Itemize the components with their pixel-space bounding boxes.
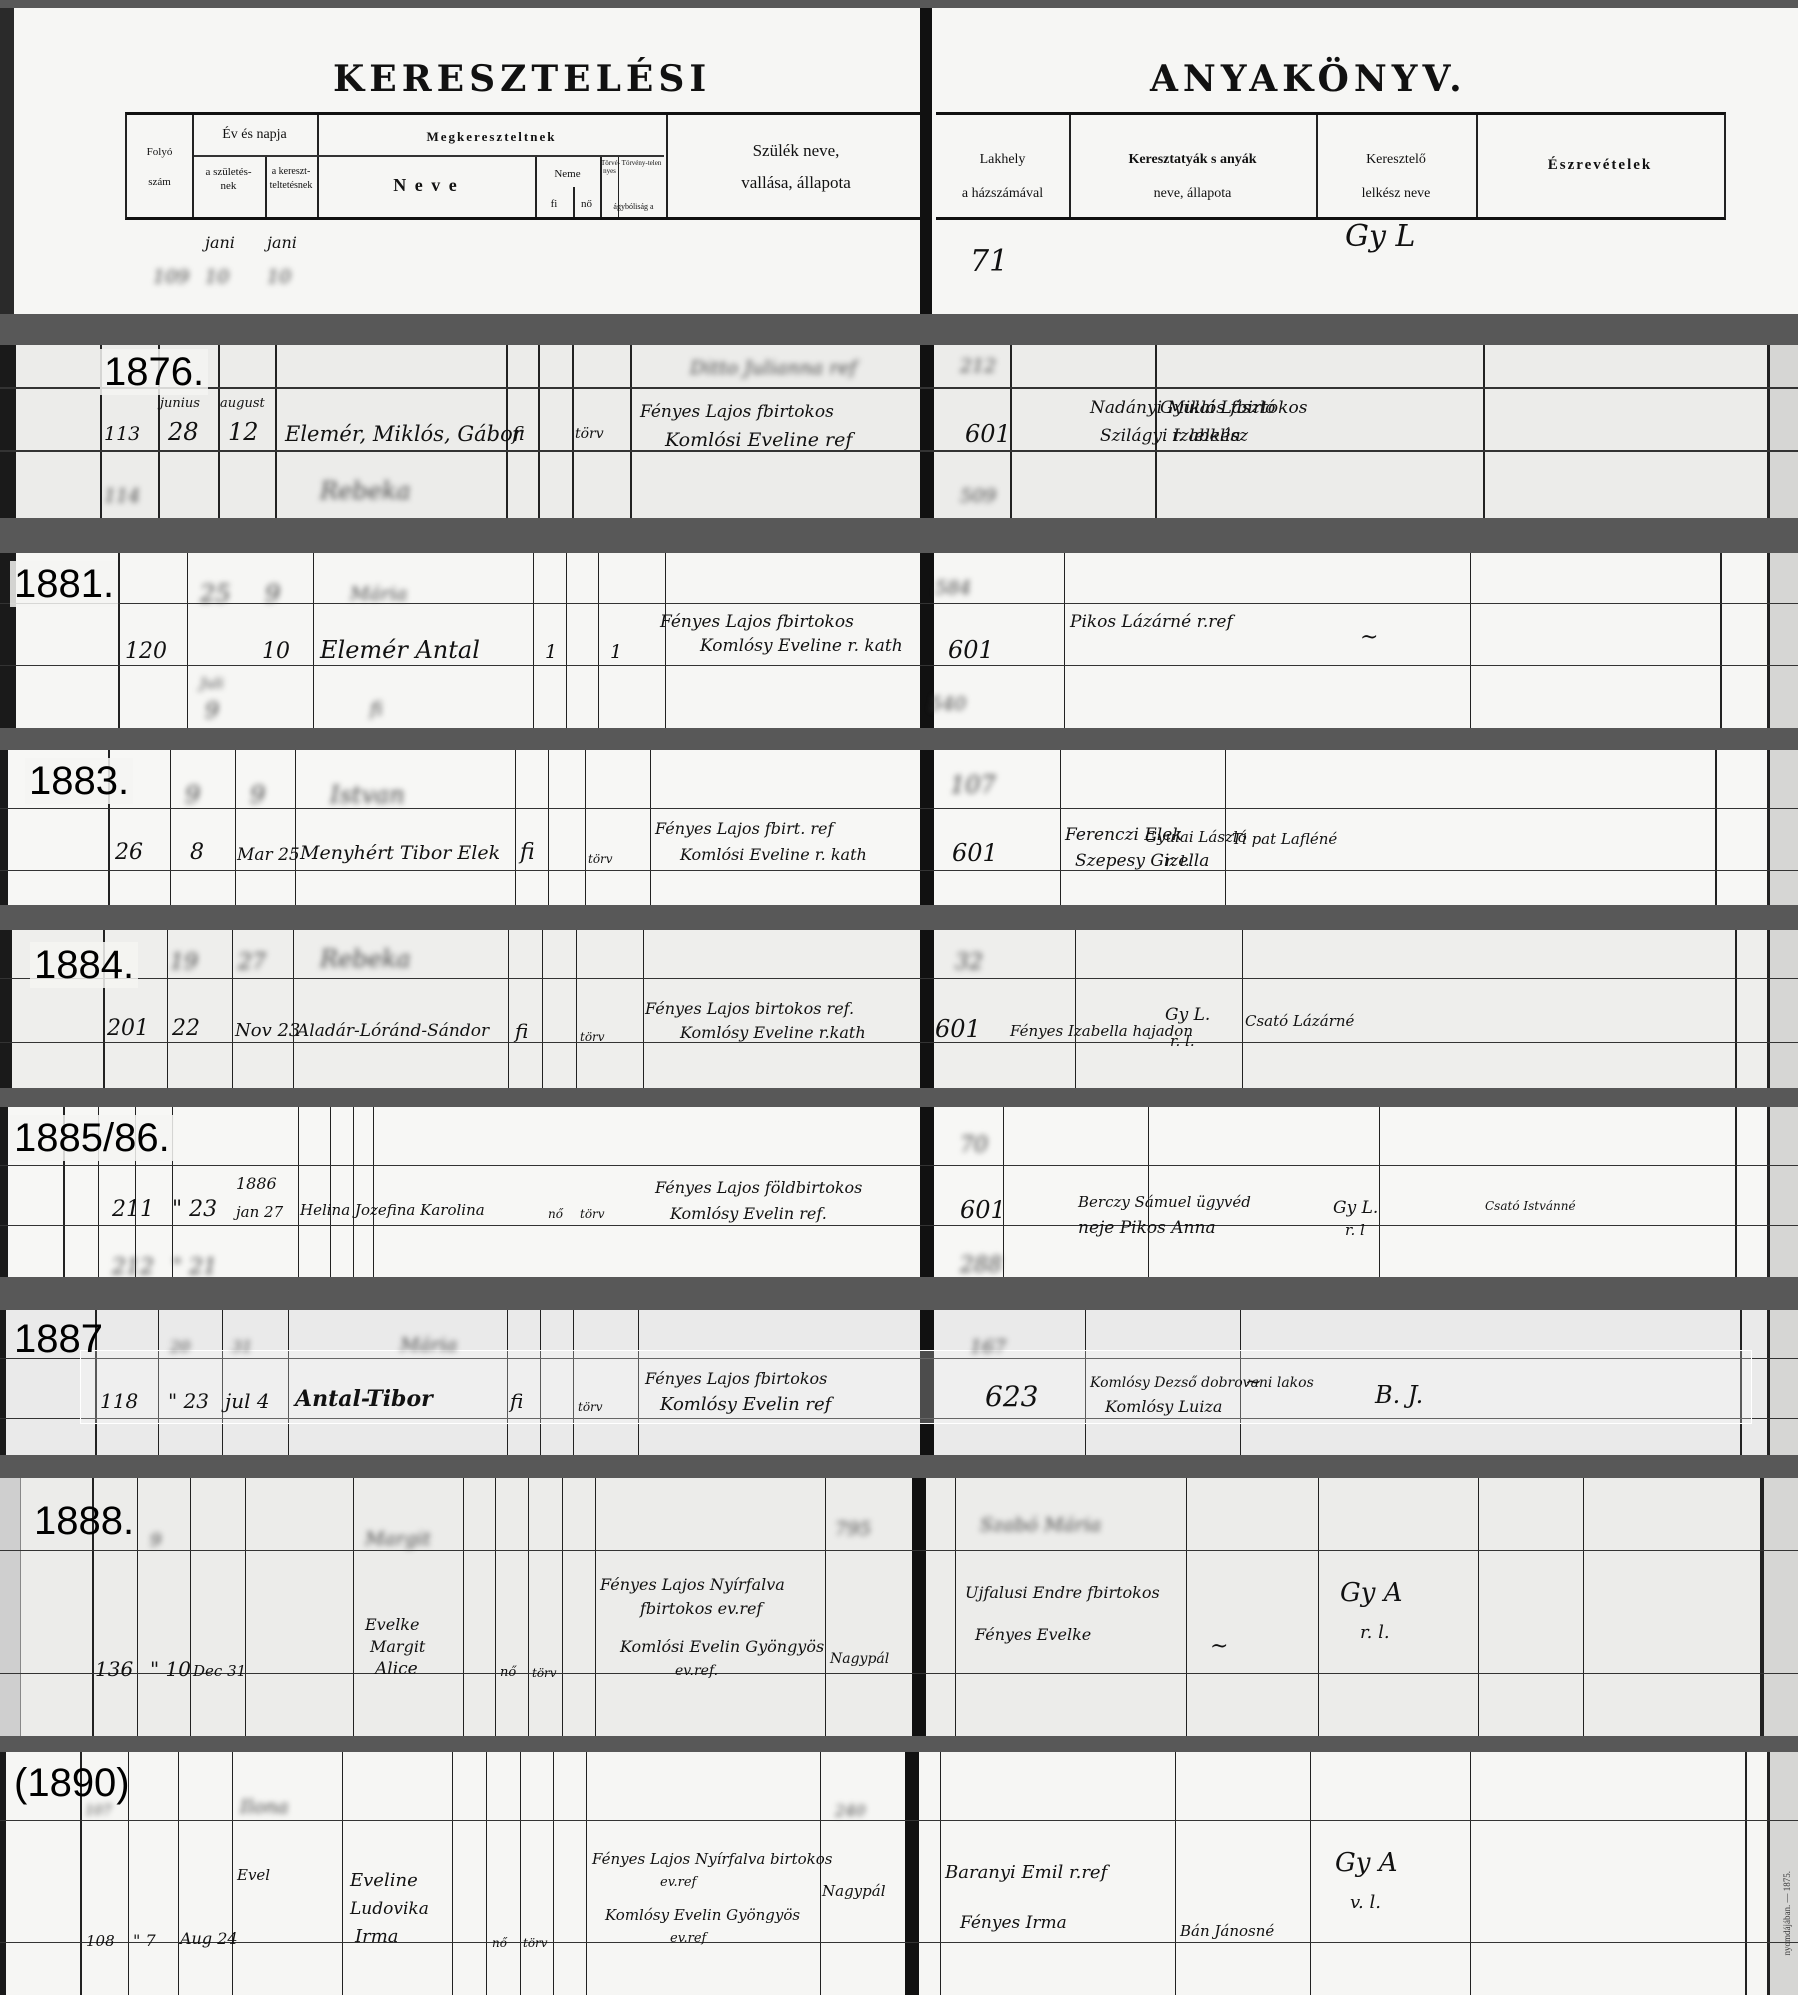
first-row: 109 jani 10 jani 10 71 Gy L <box>125 216 1725 314</box>
entry-number: 120 <box>125 641 167 663</box>
priest-name: Gy A <box>1340 1582 1403 1604</box>
next-entry-number: 212 <box>112 1257 154 1277</box>
next-entry-lakhely: 540 <box>930 693 966 715</box>
prev-entry-lakhely: 167 <box>970 1336 1006 1358</box>
prev-entry-day1: 9 <box>185 784 200 806</box>
baptized-name: Aladár-Lóránd-Sándor <box>297 1020 489 1042</box>
next-entry-number: 114 <box>104 485 140 507</box>
header-table-left: Folyószám Év és napja a születés-nek a k… <box>125 112 927 220</box>
year-label: 1884. <box>30 942 138 988</box>
baptized-name-1: Eveline <box>350 1870 418 1892</box>
birth-day: 8 <box>190 842 204 864</box>
house-number: Nagypál <box>830 1648 889 1670</box>
birth-day: 22 <box>172 1018 200 1040</box>
parent-mother: Komlósi Eveline r. kath <box>680 844 867 866</box>
entry-number: 26 <box>115 842 143 864</box>
header-szulek-neve: Szülék neve,vallása, állapota <box>666 135 926 199</box>
entry-strip-1876: 1876. Ditto Julianna ref 212 113 junius … <box>0 345 1798 518</box>
birth-day: 10 <box>205 266 229 288</box>
parent-father: Fényes Lajos fbirt. ref <box>655 818 833 840</box>
header-agybolisaga: ágybóliság a <box>601 200 666 214</box>
baptized-name: Helina Jozefina Karolina <box>300 1199 485 1221</box>
priest-name: Gy L. <box>1165 1004 1210 1026</box>
book-binding <box>0 345 16 518</box>
book-binding <box>0 1107 8 1277</box>
legitimacy: törv <box>588 848 613 870</box>
sex-male: fi <box>510 1390 523 1412</box>
lakhely: 601 <box>965 423 1011 445</box>
year-label: 1883. <box>25 758 133 804</box>
header-ev-es-napja: Év és napja <box>192 125 317 145</box>
baptism-month: jani <box>267 232 297 254</box>
next-entry-day: " 21 <box>172 1257 217 1277</box>
year-label: 1876. <box>100 349 208 395</box>
baptized-name: Elemér, Miklós, Gábor <box>285 423 523 445</box>
sex-male: 1 <box>545 641 557 663</box>
note: Evel <box>237 1864 270 1886</box>
parent-mother: Komlósy Eveline r.kath <box>680 1022 866 1044</box>
entry-strip-1884: 1884. 19 27 Rebeka 32 201 22 Nov 23 Alad… <box>0 930 1798 1088</box>
prev-entry-day: 9 <box>150 1530 161 1552</box>
prev-entry-name: Ilona <box>240 1796 289 1818</box>
title-right: ANYAKÖNYV. <box>1150 58 1467 100</box>
header-torvenyes: Törvé-nyes <box>601 159 618 175</box>
priest-name: B. J. <box>1375 1384 1423 1406</box>
parent-father-1: Fényes Lajos Nyírfalva <box>600 1574 785 1596</box>
legitimacy: törv <box>532 1662 557 1684</box>
parent-father-2: fbirtokos ev.ref <box>640 1598 762 1620</box>
year-label: 1885/86. <box>10 1115 174 1161</box>
sex-female: nő <box>548 1203 563 1225</box>
birth-month: junius <box>160 393 200 415</box>
legitimacy: törv <box>580 1203 605 1225</box>
baptized-name: Elemér Antal <box>320 639 480 661</box>
remarks: Csató Istvánné <box>1485 1195 1576 1217</box>
page-edge <box>1761 1478 1798 1736</box>
prev-entry-day1: 20 <box>170 1336 190 1358</box>
parent-mother-2: ev.ref. <box>675 1660 718 1682</box>
godparent-1: Ujfalusi Endre fbirtokos <box>965 1582 1160 1604</box>
baptism-year: 1886 <box>236 1173 277 1195</box>
priest-name: Gyulai László <box>1160 397 1275 419</box>
parent-father-2: ev.ref <box>660 1872 696 1894</box>
legitimacy: 1 <box>610 641 622 663</box>
parent-mother: Komlósy Evelin ref <box>660 1394 831 1416</box>
header-torvenytelen: Törvény-telen <box>619 159 664 167</box>
prev-entry-name: Mária <box>350 583 407 605</box>
header-strip: KERESZTELÉSI ANYAKÖNYV. Folyószám Év és … <box>0 8 1798 314</box>
sex-female: nő <box>500 1662 516 1684</box>
prev-entry-name: Margit <box>365 1528 431 1550</box>
birth-day: " 23 <box>168 1390 209 1412</box>
baptized-name-1: Evelke <box>365 1614 419 1636</box>
prev-entry-lakhely: 70 <box>960 1135 988 1157</box>
godparent-2: Fényes Evelke <box>975 1624 1091 1646</box>
godparent-2: Komlósy Luiza <box>1105 1396 1222 1418</box>
prev-entry-number: 107 <box>85 1800 112 1822</box>
godparent-2: neje Pikos Anna <box>1078 1217 1216 1239</box>
birth-month: jani <box>205 232 235 254</box>
lakhely: 601 <box>960 1199 1006 1221</box>
header-lakhely: Lakhelya házszámával <box>936 143 1069 211</box>
legitimacy: törv <box>523 1932 548 1954</box>
header-eszrevetelek: Észrevételek <box>1476 155 1724 175</box>
entry-number: 118 <box>100 1390 138 1412</box>
priest-name: Gy A <box>1335 1852 1398 1874</box>
midwife: Bán Jánosné <box>1180 1920 1274 1942</box>
entry-strip-1885-86: 1885/86. 70 211 " 23 1886 jan 27 Helina … <box>0 1107 1798 1277</box>
prev-entry-lakhely: 584 <box>935 577 971 599</box>
lakhely: 71 <box>970 251 1008 273</box>
prev-entry-name: Istvan <box>330 784 405 806</box>
parent-father: Fényes Lajos birtokos ref. <box>645 998 854 1020</box>
header-neve: N e v e <box>317 175 535 195</box>
prev-entry-godparent: Szabó Mária <box>980 1514 1101 1536</box>
prev-entry-house: 795 <box>835 1518 871 1540</box>
sex-male: fi <box>512 423 525 445</box>
prev-entry-lakhely: 107 <box>950 774 996 796</box>
next-entry-lakhely: 288 <box>960 1255 1002 1277</box>
baptized-name-3: Alice <box>375 1658 418 1680</box>
prev-entry-house: 240 <box>835 1800 866 1822</box>
remarks: ~ <box>1245 1370 1262 1392</box>
book-binding <box>0 930 12 1088</box>
midwife-mark: ~ <box>1210 1636 1228 1658</box>
baptized-name-2: Ludovika <box>350 1898 429 1920</box>
priest-title: r. l <box>1345 1219 1365 1241</box>
book-binding-left <box>0 8 14 314</box>
entry-number: 108 <box>86 1930 115 1952</box>
godparent-2: Fényes Irma <box>960 1912 1067 1934</box>
baptism-month: august <box>220 393 265 415</box>
next-entry-name: Rebeka <box>320 480 411 502</box>
next-entry-day1: 9 <box>205 701 219 723</box>
parent-father: Fényes Lajos fbirtokos <box>640 401 834 423</box>
priest-name: Gy L. <box>1333 1197 1378 1219</box>
entry-number: 136 <box>95 1658 133 1680</box>
godparent-1: Pikos Lázárné r.ref <box>1070 611 1233 633</box>
entry-strip-1887: 1887 20 31 Mária 167 118 " 23 jul 4 Anta… <box>0 1310 1798 1455</box>
header-folyo: Folyószám <box>127 145 192 189</box>
parent-mother-2: ev.ref <box>670 1928 706 1950</box>
legitimacy: törv <box>578 1396 603 1418</box>
page-edge <box>1767 750 1798 905</box>
priest-title: v. l. <box>1350 1892 1381 1914</box>
lakhely: 601 <box>948 639 994 661</box>
book-gutter <box>920 750 934 905</box>
remarks: Ti pat Lafléné <box>1232 828 1337 850</box>
header-table-right: Lakhelya házszámával Keresztatyák s anyá… <box>936 112 1726 220</box>
priest-title: r. lelkész <box>1172 425 1248 447</box>
prev-entry-day1: 19 <box>170 952 198 974</box>
entry-number: 211 <box>112 1199 154 1221</box>
sex-male: fi <box>520 842 535 864</box>
baptized-name-3: Irma <box>355 1926 399 1948</box>
baptism-day: jul 4 <box>225 1390 270 1412</box>
lakhely: 601 <box>935 1018 981 1040</box>
prev-entry-name: Rebeka <box>320 948 411 970</box>
entry-number: 113 <box>104 423 140 445</box>
header-neme: Neme <box>535 167 600 181</box>
book-gutter <box>920 1107 934 1277</box>
year-label: 1887 <box>10 1316 107 1362</box>
birth-day: " 23 <box>172 1199 217 1221</box>
printer-imprint: nyomdájában. — 1875. <box>1782 1871 1792 1956</box>
parent-father: Fényes Lajos fbirtokos <box>660 611 854 633</box>
entry-strip-1883: 1883. 9 9 Istvan 107 26 8 Mar 25 Menyhér… <box>0 750 1798 905</box>
prev-entry-parents: Ditto Julianna ref <box>690 357 857 379</box>
godparent-1: Baranyi Emil r.ref <box>945 1862 1107 1884</box>
prev-entry-lakhely: 212 <box>960 355 996 377</box>
next-entry-name: fi <box>370 698 383 720</box>
baptism-day: 10 <box>267 266 291 288</box>
book-gutter <box>920 930 934 1088</box>
book-binding <box>0 1752 6 1995</box>
header-kereszteltetesnek: a kereszt-teltetésnek <box>265 165 317 193</box>
priest-title: r. l. <box>1360 1622 1390 1644</box>
header-lelkesz: Keresztelőlelkész neve <box>1316 143 1476 211</box>
header-szuletesnek: a születés-nek <box>192 165 265 193</box>
legitimacy: törv <box>580 1026 605 1048</box>
entry-number: 201 <box>107 1018 149 1040</box>
priest-title: r. l. <box>1170 1030 1195 1052</box>
prev-entry-day2: 31 <box>232 1336 252 1358</box>
book-gutter <box>912 1478 926 1736</box>
baptism-day: 12 <box>228 421 259 443</box>
priest-title: r. l. <box>1165 850 1190 872</box>
baptism-day: Nov 23 <box>235 1020 300 1042</box>
book-binding <box>0 1310 6 1455</box>
parent-father-1: Fényes Lajos Nyírfalva birtokos <box>592 1848 832 1870</box>
prev-entry-day2: 9 <box>265 583 280 605</box>
prev-entry-day1: 25 <box>200 583 231 605</box>
priest-mark: ~ <box>1360 627 1378 649</box>
page-edge <box>1767 553 1798 728</box>
year-label: 1881. <box>10 561 118 607</box>
page-edge <box>1767 1107 1798 1277</box>
parent-mother: Komlósy Eveline r. kath <box>700 635 903 657</box>
baptism-day: Mar 25 <box>237 844 300 866</box>
parent-mother: Komlósi Eveline ref <box>665 429 852 451</box>
birth-day: " 7 <box>133 1930 156 1952</box>
remarks: Csató Lázárné <box>1245 1010 1354 1032</box>
baptized-name: Antal-Tibor <box>295 1388 433 1410</box>
next-entry-month: Juli <box>200 673 224 695</box>
parent-mother-1: Komlósy Evelin Gyöngyös <box>605 1904 800 1926</box>
book-binding <box>0 750 8 905</box>
entry-strip-1888: 1888. 9 Margit 795 Szabó Mária 136 " 10 … <box>0 1478 1798 1736</box>
prev-entry-lakhely: 32 <box>955 952 983 974</box>
header-no: nő <box>573 197 600 211</box>
sex-female: nő <box>492 1932 507 1954</box>
header-keresztatyak: Keresztatyák s anyákneve, állapota <box>1069 143 1316 211</box>
house-number: Nagypál <box>822 1880 886 1902</box>
parent-mother: Komlósy Evelin ref. <box>670 1203 827 1225</box>
entry-strip-1881: 1881. 25 9 Mária 584 120 10 Elemér Antal… <box>0 553 1798 728</box>
year-label: 1888. <box>30 1498 138 1544</box>
page-edge <box>1767 345 1798 518</box>
godparent-1: Komlósy Dezső dobrovani lakos <box>1090 1372 1314 1394</box>
baptism-day: Dec 31 <box>193 1660 246 1682</box>
book-gutter <box>905 1752 919 1995</box>
sex-male: fi <box>515 1020 528 1042</box>
prev-entry-day2: 9 <box>250 784 265 806</box>
parent-father: Fényes Lajos földbirtokos <box>655 1177 862 1199</box>
priest: Gy L <box>1345 226 1415 248</box>
birth-day: 28 <box>168 421 199 443</box>
entry-number: 109 <box>153 266 189 288</box>
godparent-1: Berczy Sámuel ügyvéd <box>1078 1191 1251 1213</box>
lakhely: 601 <box>952 842 998 864</box>
baptism-day: jan 27 <box>236 1201 283 1223</box>
prev-entry-day2: 27 <box>238 952 266 974</box>
baptism-day: 10 <box>262 641 290 663</box>
parent-mother-1: Komlósi Evelin Gyöngyös <box>620 1636 824 1658</box>
baptism-day: Aug 24 <box>180 1928 238 1950</box>
parent-father: Fényes Lajos fbirtokos <box>645 1368 827 1390</box>
next-entry-lakhely: 509 <box>960 485 996 507</box>
title-left: KERESZTELÉSI <box>333 58 711 100</box>
prev-entry-name: Mária <box>400 1334 457 1356</box>
birth-day: " 10 <box>150 1658 191 1680</box>
lakhely: 623 <box>985 1386 1038 1408</box>
year-label: (1890) <box>10 1760 134 1806</box>
legitimacy: törv <box>575 423 604 445</box>
header-fi: fi <box>535 197 573 211</box>
baptized-name: Menyhért Tibor Elek <box>300 842 500 864</box>
page-edge <box>1767 930 1798 1088</box>
header-megkereszteltnek: Megkereszteltnek <box>317 127 666 147</box>
page-edge <box>1767 1310 1798 1455</box>
book-gutter <box>920 345 934 518</box>
baptized-name-2: Margit <box>370 1636 425 1658</box>
book-binding <box>0 1478 21 1736</box>
entry-strip-1890: (1890) 107 Ilona 240 108 " 7 Aug 24 Evel… <box>0 1752 1798 1995</box>
